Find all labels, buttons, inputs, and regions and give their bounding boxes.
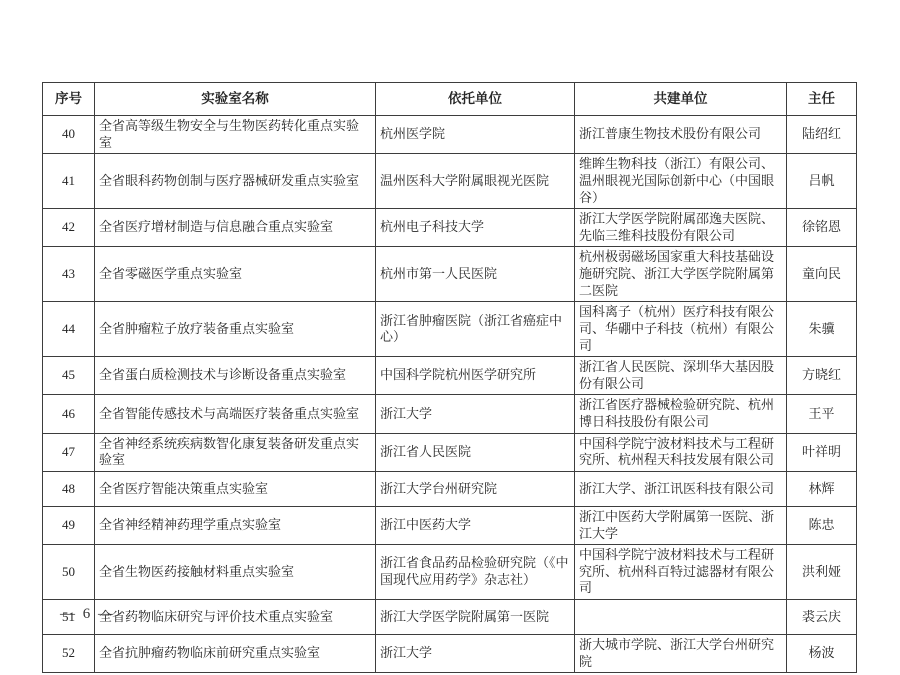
- cell-no: 40: [43, 116, 95, 154]
- cell-host-unit: 杭州电子科技大学: [376, 209, 575, 247]
- lab-table: 序号 实验室名称 依托单位 共建单位 主任 40全省高等级生物安全与生物医药转化…: [42, 82, 857, 673]
- cell-host-unit: 浙江大学台州研究院: [376, 471, 575, 506]
- col-header-lab-name: 实验室名称: [95, 83, 376, 116]
- cell-no: 48: [43, 471, 95, 506]
- cell-director: 王平: [787, 395, 857, 433]
- cell-director: 童向民: [787, 247, 857, 302]
- cell-director: 杨波: [787, 635, 857, 673]
- cell-partner-units: 浙江省人民医院、深圳华大基因股份有限公司: [575, 357, 787, 395]
- cell-lab-name: 全省药物临床研究与评价技术重点实验室: [95, 600, 376, 635]
- cell-director: 裘云庆: [787, 600, 857, 635]
- cell-partner-units: 浙江大学、浙江讯医科技有限公司: [575, 471, 787, 506]
- cell-no: 41: [43, 154, 95, 209]
- cell-lab-name: 全省蛋白质检测技术与诊断设备重点实验室: [95, 357, 376, 395]
- table-row: 52全省抗肿瘤药物临床前研究重点实验室浙江大学浙大城市学院、浙江大学台州研究院杨…: [43, 635, 857, 673]
- cell-no: 45: [43, 357, 95, 395]
- table-body: 40全省高等级生物安全与生物医药转化重点实验室杭州医学院浙江普康生物技术股份有限…: [43, 116, 857, 673]
- cell-partner-units: 中国科学院宁波材料技术与工程研究所、杭州科百特过滤器材有限公司: [575, 545, 787, 600]
- table-row: 49全省神经精神药理学重点实验室浙江中医药大学浙江中医药大学附属第一医院、浙江大…: [43, 506, 857, 544]
- cell-lab-name: 全省医疗智能决策重点实验室: [95, 471, 376, 506]
- table-row: 51全省药物临床研究与评价技术重点实验室浙江大学医学院附属第一医院裘云庆: [43, 600, 857, 635]
- cell-director: 吕帆: [787, 154, 857, 209]
- document-page: 序号 实验室名称 依托单位 共建单位 主任 40全省高等级生物安全与生物医药转化…: [0, 0, 900, 675]
- cell-director: 叶祥明: [787, 433, 857, 471]
- cell-director: 朱骥: [787, 302, 857, 357]
- cell-no: 52: [43, 635, 95, 673]
- cell-partner-units: 杭州极弱磁场国家重大科技基础设施研究院、浙江大学医学院附属第二医院: [575, 247, 787, 302]
- cell-partner-units: 浙江中医药大学附属第一医院、浙江大学: [575, 506, 787, 544]
- cell-no: 50: [43, 545, 95, 600]
- cell-partner-units: 浙江大学医学院附属邵逸夫医院、先临三维科技股份有限公司: [575, 209, 787, 247]
- table-row: 44全省肿瘤粒子放疗装备重点实验室浙江省肿瘤医院（浙江省癌症中心）国科离子（杭州…: [43, 302, 857, 357]
- cell-no: 42: [43, 209, 95, 247]
- cell-no: 43: [43, 247, 95, 302]
- cell-host-unit: 中国科学院杭州医学研究所: [376, 357, 575, 395]
- table-row: 50全省生物医药接触材料重点实验室浙江省食品药品检验研究院（《中国现代应用药学》…: [43, 545, 857, 600]
- cell-director: 陆绍红: [787, 116, 857, 154]
- table-row: 40全省高等级生物安全与生物医药转化重点实验室杭州医学院浙江普康生物技术股份有限…: [43, 116, 857, 154]
- cell-partner-units: 浙大城市学院、浙江大学台州研究院: [575, 635, 787, 673]
- cell-partner-units: 浙江省医疗器械检验研究院、杭州博日科技股份有限公司: [575, 395, 787, 433]
- table-row: 47全省神经系统疾病数智化康复装备研发重点实验室浙江省人民医院中国科学院宁波材料…: [43, 433, 857, 471]
- cell-lab-name: 全省医疗增材制造与信息融合重点实验室: [95, 209, 376, 247]
- table-row: 46全省智能传感技术与高端医疗装备重点实验室浙江大学浙江省医疗器械检验研究院、杭…: [43, 395, 857, 433]
- cell-host-unit: 杭州医学院: [376, 116, 575, 154]
- table-row: 45全省蛋白质检测技术与诊断设备重点实验室中国科学院杭州医学研究所浙江省人民医院…: [43, 357, 857, 395]
- cell-host-unit: 浙江大学: [376, 635, 575, 673]
- table-row: 43全省零磁医学重点实验室杭州市第一人民医院杭州极弱磁场国家重大科技基础设施研究…: [43, 247, 857, 302]
- cell-lab-name: 全省神经精神药理学重点实验室: [95, 506, 376, 544]
- cell-lab-name: 全省生物医药接触材料重点实验室: [95, 545, 376, 600]
- cell-partner-units: 维眸生物科技（浙江）有限公司、温州眼视光国际创新中心（中国眼谷）: [575, 154, 787, 209]
- cell-host-unit: 温州医科大学附属眼视光医院: [376, 154, 575, 209]
- table-row: 41全省眼科药物创制与医疗器械研发重点实验室温州医科大学附属眼视光医院维眸生物科…: [43, 154, 857, 209]
- cell-lab-name: 全省智能传感技术与高端医疗装备重点实验室: [95, 395, 376, 433]
- cell-lab-name: 全省高等级生物安全与生物医药转化重点实验室: [95, 116, 376, 154]
- cell-host-unit: 浙江中医药大学: [376, 506, 575, 544]
- cell-lab-name: 全省眼科药物创制与医疗器械研发重点实验室: [95, 154, 376, 209]
- cell-director: 陈忠: [787, 506, 857, 544]
- cell-lab-name: 全省神经系统疾病数智化康复装备研发重点实验室: [95, 433, 376, 471]
- cell-director: 徐铭恩: [787, 209, 857, 247]
- cell-partner-units: 中国科学院宁波材料技术与工程研究所、杭州程天科技发展有限公司: [575, 433, 787, 471]
- col-header-no: 序号: [43, 83, 95, 116]
- page-number: — 6 —: [60, 606, 115, 623]
- cell-partner-units: [575, 600, 787, 635]
- cell-lab-name: 全省抗肿瘤药物临床前研究重点实验室: [95, 635, 376, 673]
- cell-host-unit: 浙江省肿瘤医院（浙江省癌症中心）: [376, 302, 575, 357]
- col-header-host-unit: 依托单位: [376, 83, 575, 116]
- cell-no: 46: [43, 395, 95, 433]
- table-row: 42全省医疗增材制造与信息融合重点实验室杭州电子科技大学浙江大学医学院附属邵逸夫…: [43, 209, 857, 247]
- cell-no: 44: [43, 302, 95, 357]
- cell-no: 49: [43, 506, 95, 544]
- cell-no: 47: [43, 433, 95, 471]
- col-header-partner-units: 共建单位: [575, 83, 787, 116]
- table-row: 48全省医疗智能决策重点实验室浙江大学台州研究院浙江大学、浙江讯医科技有限公司林…: [43, 471, 857, 506]
- col-header-director: 主任: [787, 83, 857, 116]
- cell-host-unit: 浙江大学: [376, 395, 575, 433]
- cell-director: 洪利娅: [787, 545, 857, 600]
- cell-partner-units: 国科离子（杭州）医疗科技有限公司、华硼中子科技（杭州）有限公司: [575, 302, 787, 357]
- cell-partner-units: 浙江普康生物技术股份有限公司: [575, 116, 787, 154]
- cell-host-unit: 浙江大学医学院附属第一医院: [376, 600, 575, 635]
- cell-host-unit: 浙江省食品药品检验研究院（《中国现代应用药学》杂志社）: [376, 545, 575, 600]
- cell-lab-name: 全省肿瘤粒子放疗装备重点实验室: [95, 302, 376, 357]
- table-header-row: 序号 实验室名称 依托单位 共建单位 主任: [43, 83, 857, 116]
- cell-host-unit: 浙江省人民医院: [376, 433, 575, 471]
- cell-lab-name: 全省零磁医学重点实验室: [95, 247, 376, 302]
- cell-host-unit: 杭州市第一人民医院: [376, 247, 575, 302]
- cell-director: 林辉: [787, 471, 857, 506]
- cell-director: 方晓红: [787, 357, 857, 395]
